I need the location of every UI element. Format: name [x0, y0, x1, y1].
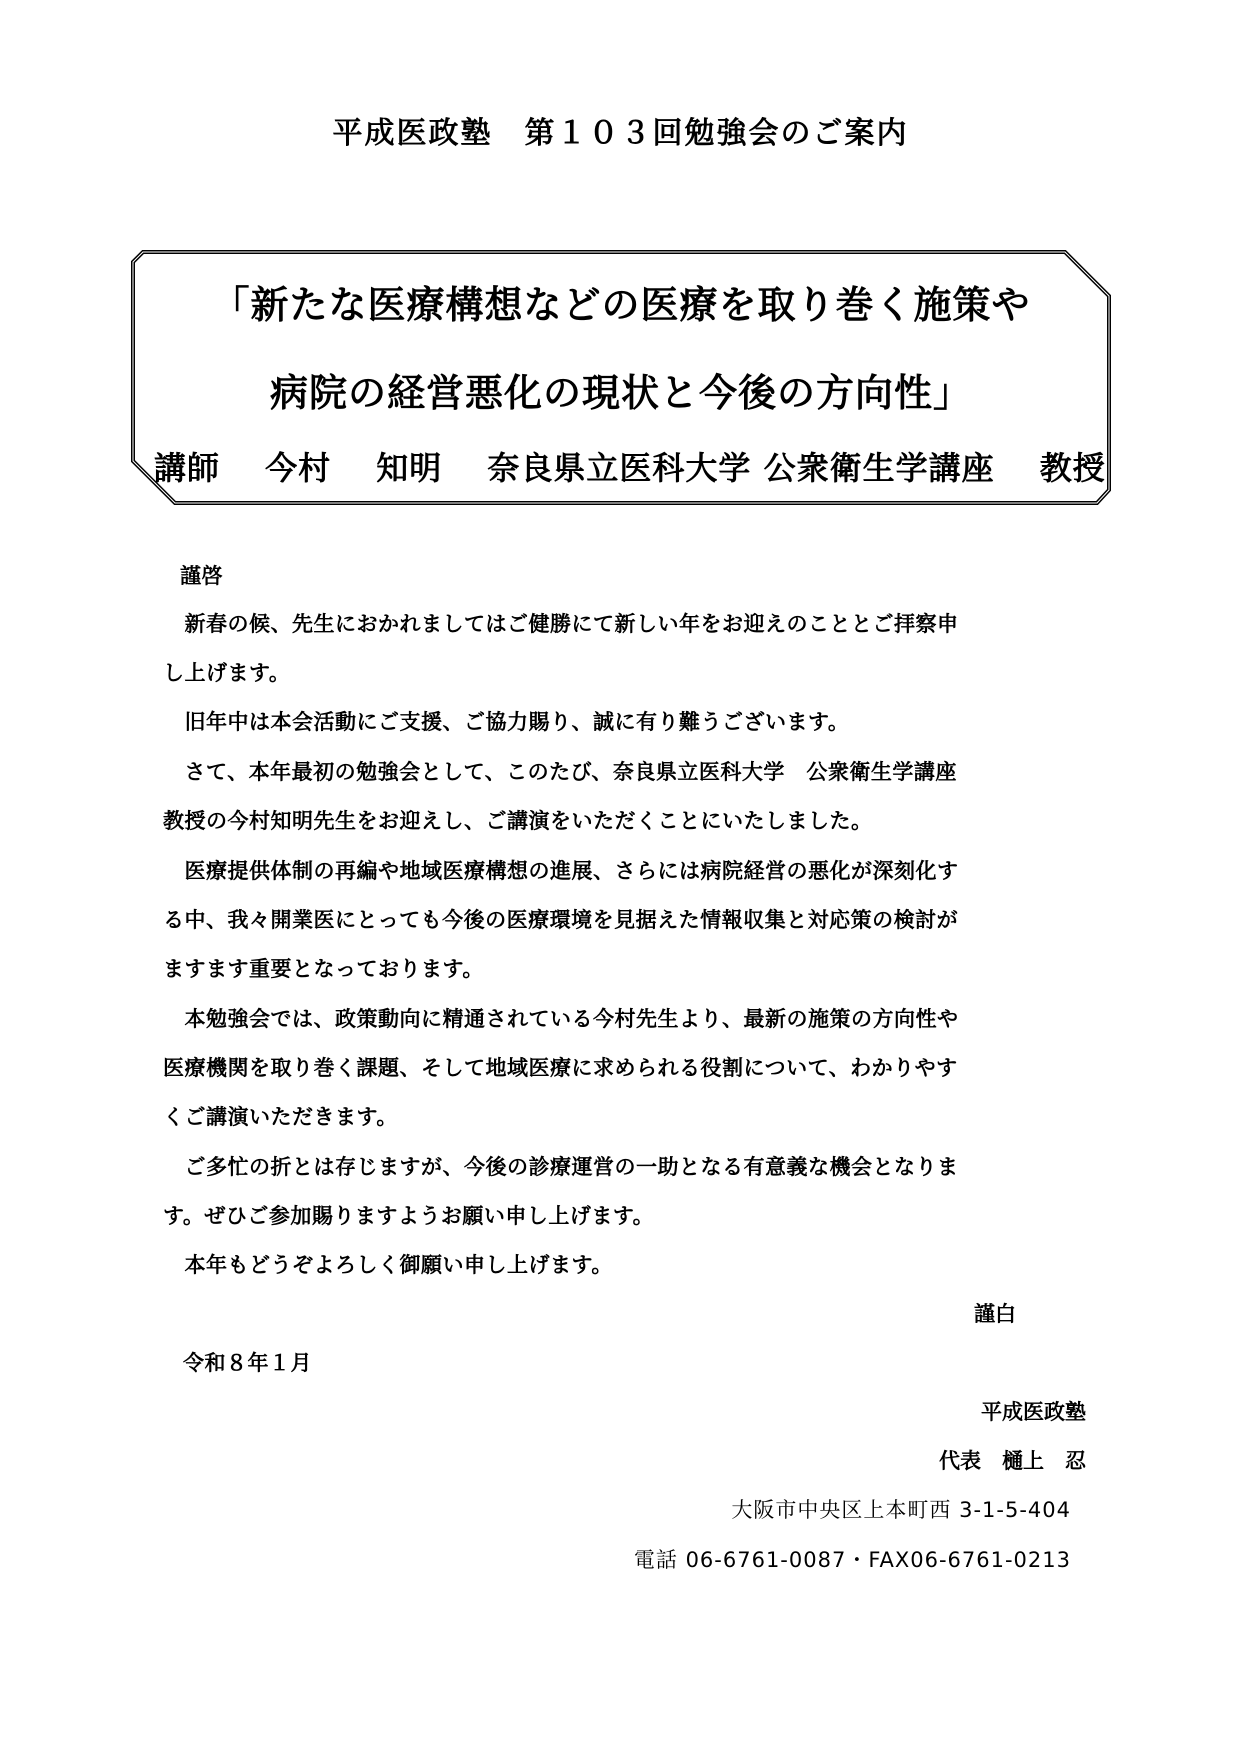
letter-line: 医療提供体制の再編や地域医療構想の進展、さらには病院経営の悪化が深刻化す [163, 855, 1083, 885]
letter-line: 旧年中は本会活動にご支援、ご協力賜り、誠に有り難うございます。 [163, 706, 1083, 736]
document-title: 平成医政塾 第１０３回勉強会のご案内 [0, 108, 1241, 152]
letter-line: ご多忙の折とは存じますが、今後の診療運営の一助となる有意義な機会となりま [163, 1151, 1083, 1181]
opening-salutation: 謹啓 [180, 560, 1100, 590]
letter-line: 医療機関を取り巻く課題、そして地域医療に求められる役割について、わかりやす [163, 1052, 1083, 1082]
contact-info: 電話 06-6761-0087・FAX06-6761-0213 [634, 1544, 1071, 1574]
letter-line: す。ぜひご参加賜りますようお願い申し上げます。 [163, 1200, 1083, 1230]
lecture-title-line-1: 「新たな医療構想などの医療を取り巻く施策や [130, 274, 1112, 329]
letter-line: 本年もどうぞよろしく御願い申し上げます。 [163, 1249, 1083, 1279]
letter-line: し上げます。 [163, 657, 1083, 687]
letter-line: 教授の今村知明先生をお迎えし、ご講演をいただくことにいたしました。 [163, 805, 1083, 835]
representative-name: 代表 樋上 忍 [939, 1445, 1086, 1475]
address: 大阪市中央区上本町西 3-1-5-404 [731, 1494, 1071, 1524]
letter-line: くご講演いただきます。 [163, 1101, 1083, 1131]
organization-name: 平成医政塾 [981, 1396, 1086, 1426]
letter-line: る中、我々開業医にとっても今後の医療環境を見据えた情報収集と対応策の検討が [163, 904, 1083, 934]
letter-date: 令和８年１月 [183, 1347, 1103, 1377]
letter-line: 本勉強会では、政策動向に精通されている今村先生より、最新の施策の方向性や [163, 1003, 1083, 1033]
speaker-info: 講師 今村 知明 奈良県立医科大学 公衆衛生学講座 教授 [154, 443, 1136, 489]
lecture-title-line-2: 病院の経営悪化の現状と今後の方向性」 [130, 362, 1112, 417]
letter-line: ますます重要となっております。 [163, 953, 1083, 983]
letter-line: さて、本年最初の勉強会として、このたび、奈良県立医科大学 公衆衛生学講座 [163, 756, 1083, 786]
lecture-title-box: 「新たな医療構想などの医療を取り巻く施策や 病院の経営悪化の現状と今後の方向性」… [130, 250, 1112, 506]
letter-line: 新春の候、先生におかれましてはご健勝にて新しい年をお迎えのこととご拝察申 [163, 608, 1083, 638]
closing-salutation: 謹白 [974, 1298, 1016, 1328]
